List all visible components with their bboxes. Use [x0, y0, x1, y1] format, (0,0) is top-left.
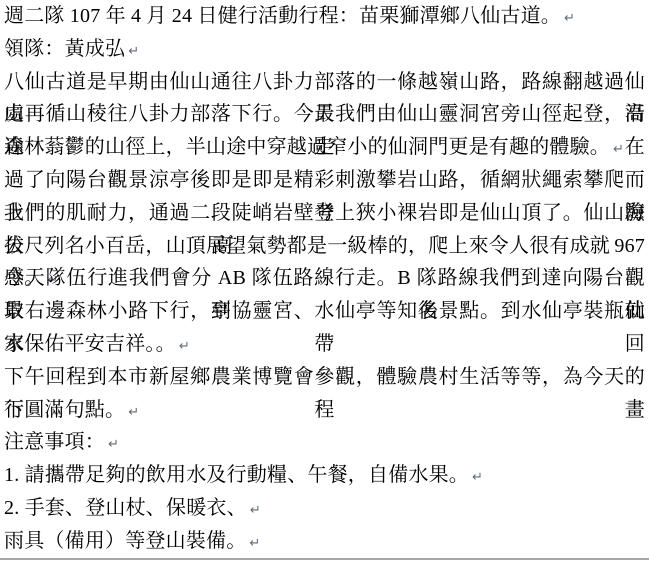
- line-text: 2. 手套、登山杖、保暖衣、: [4, 497, 247, 519]
- paragraph-mark-icon: ↵: [613, 142, 624, 157]
- text-line: 注意事項：↵: [4, 426, 645, 459]
- text-line: 1. 請攜帶足夠的飲用水及行動糧、午餐，自備水果。↵: [4, 459, 645, 492]
- text-line: 週二隊 107 年 4 月 24 日健行活動行程：苗栗獅潭鄉八仙古道。↵: [4, 0, 645, 33]
- line-text: 下圓滿句點。: [4, 399, 125, 421]
- text-line: 雨具（備用）等登山裝備。↵: [4, 525, 645, 558]
- line-text: 1. 請攜帶足夠的飲用水及行動糧、午餐，自備水果。: [4, 464, 469, 486]
- paragraph-mark-icon: ↵: [472, 470, 483, 485]
- line-text: 家保佑平安吉祥。。: [4, 333, 176, 355]
- line-text: 森林蓊鬱的山徑上，半山途中穿越過窄小的仙洞門更是有趣的體驗。: [4, 136, 610, 158]
- paragraph-mark-icon: ↵: [128, 44, 139, 59]
- text-line: 今天隊伍行進我們會分 AB 隊伍路線行走。B 隊路線我們到達向陽台觀景亭後就: [4, 262, 645, 295]
- text-line: 我們的肌耐力，通過二段陡峭岩壁登上狹小裸岩即是仙山頂了。仙山海拔高 967: [4, 197, 645, 230]
- line-text: 週二隊 107 年 4 月 24 日健行活動行程：苗栗獅潭鄉八仙古道。: [4, 5, 561, 27]
- text-line: 八仙古道是早期由仙山通往八卦力部落的一條越嶺山路，路線翻越過仙山最高: [4, 66, 645, 99]
- paragraph-mark-icon: ↵: [108, 437, 119, 452]
- text-line: 處再循山稜往八卦力部落下行。今天我們由仙山靈洞宮旁山徑起登，沿途走在: [4, 98, 645, 131]
- paragraph-mark-icon: ↵: [249, 536, 260, 551]
- text-line: 過了向陽台觀景涼亭後即是即是精彩刺激攀岩山路，循網狀繩索攀爬而上考驗: [4, 164, 645, 197]
- paragraph-mark-icon: ↵: [564, 11, 575, 26]
- text-line: 下午回程到本市新屋鄉農業博覽會參觀，體驗農村生活等等，為今天的行程畫: [4, 361, 645, 394]
- text-line: 公尺列名小百岳，山頂展望氣勢都是一級棒的，爬上來令人很有成就感。↵: [4, 230, 645, 263]
- paragraph-mark-icon: ↵: [250, 503, 261, 518]
- line-text: 領隊：黃成弘: [4, 38, 125, 60]
- text-line: 領隊：黃成弘↵: [4, 33, 645, 66]
- text-line: 森林蓊鬱的山徑上，半山途中穿越過窄小的仙洞門更是有趣的體驗。↵: [4, 131, 645, 164]
- document-body: 週二隊 107 年 4 月 24 日健行活動行程：苗栗獅潭鄉八仙古道。↵ 領隊：…: [4, 0, 645, 558]
- text-line: 取右邊森林小路下行，到協靈宮、水仙亭等知名景點。到水仙亭裝瓶仙水帶回: [4, 295, 645, 328]
- paragraph-mark-icon: ↵: [179, 339, 190, 354]
- line-text: 雨具（備用）等登山裝備。: [4, 530, 246, 552]
- text-line: 2. 手套、登山杖、保暖衣、↵: [4, 492, 645, 525]
- page-bottom-divider: [0, 558, 649, 560]
- line-text: 注意事項：: [4, 431, 105, 453]
- paragraph-mark-icon: ↵: [128, 405, 139, 420]
